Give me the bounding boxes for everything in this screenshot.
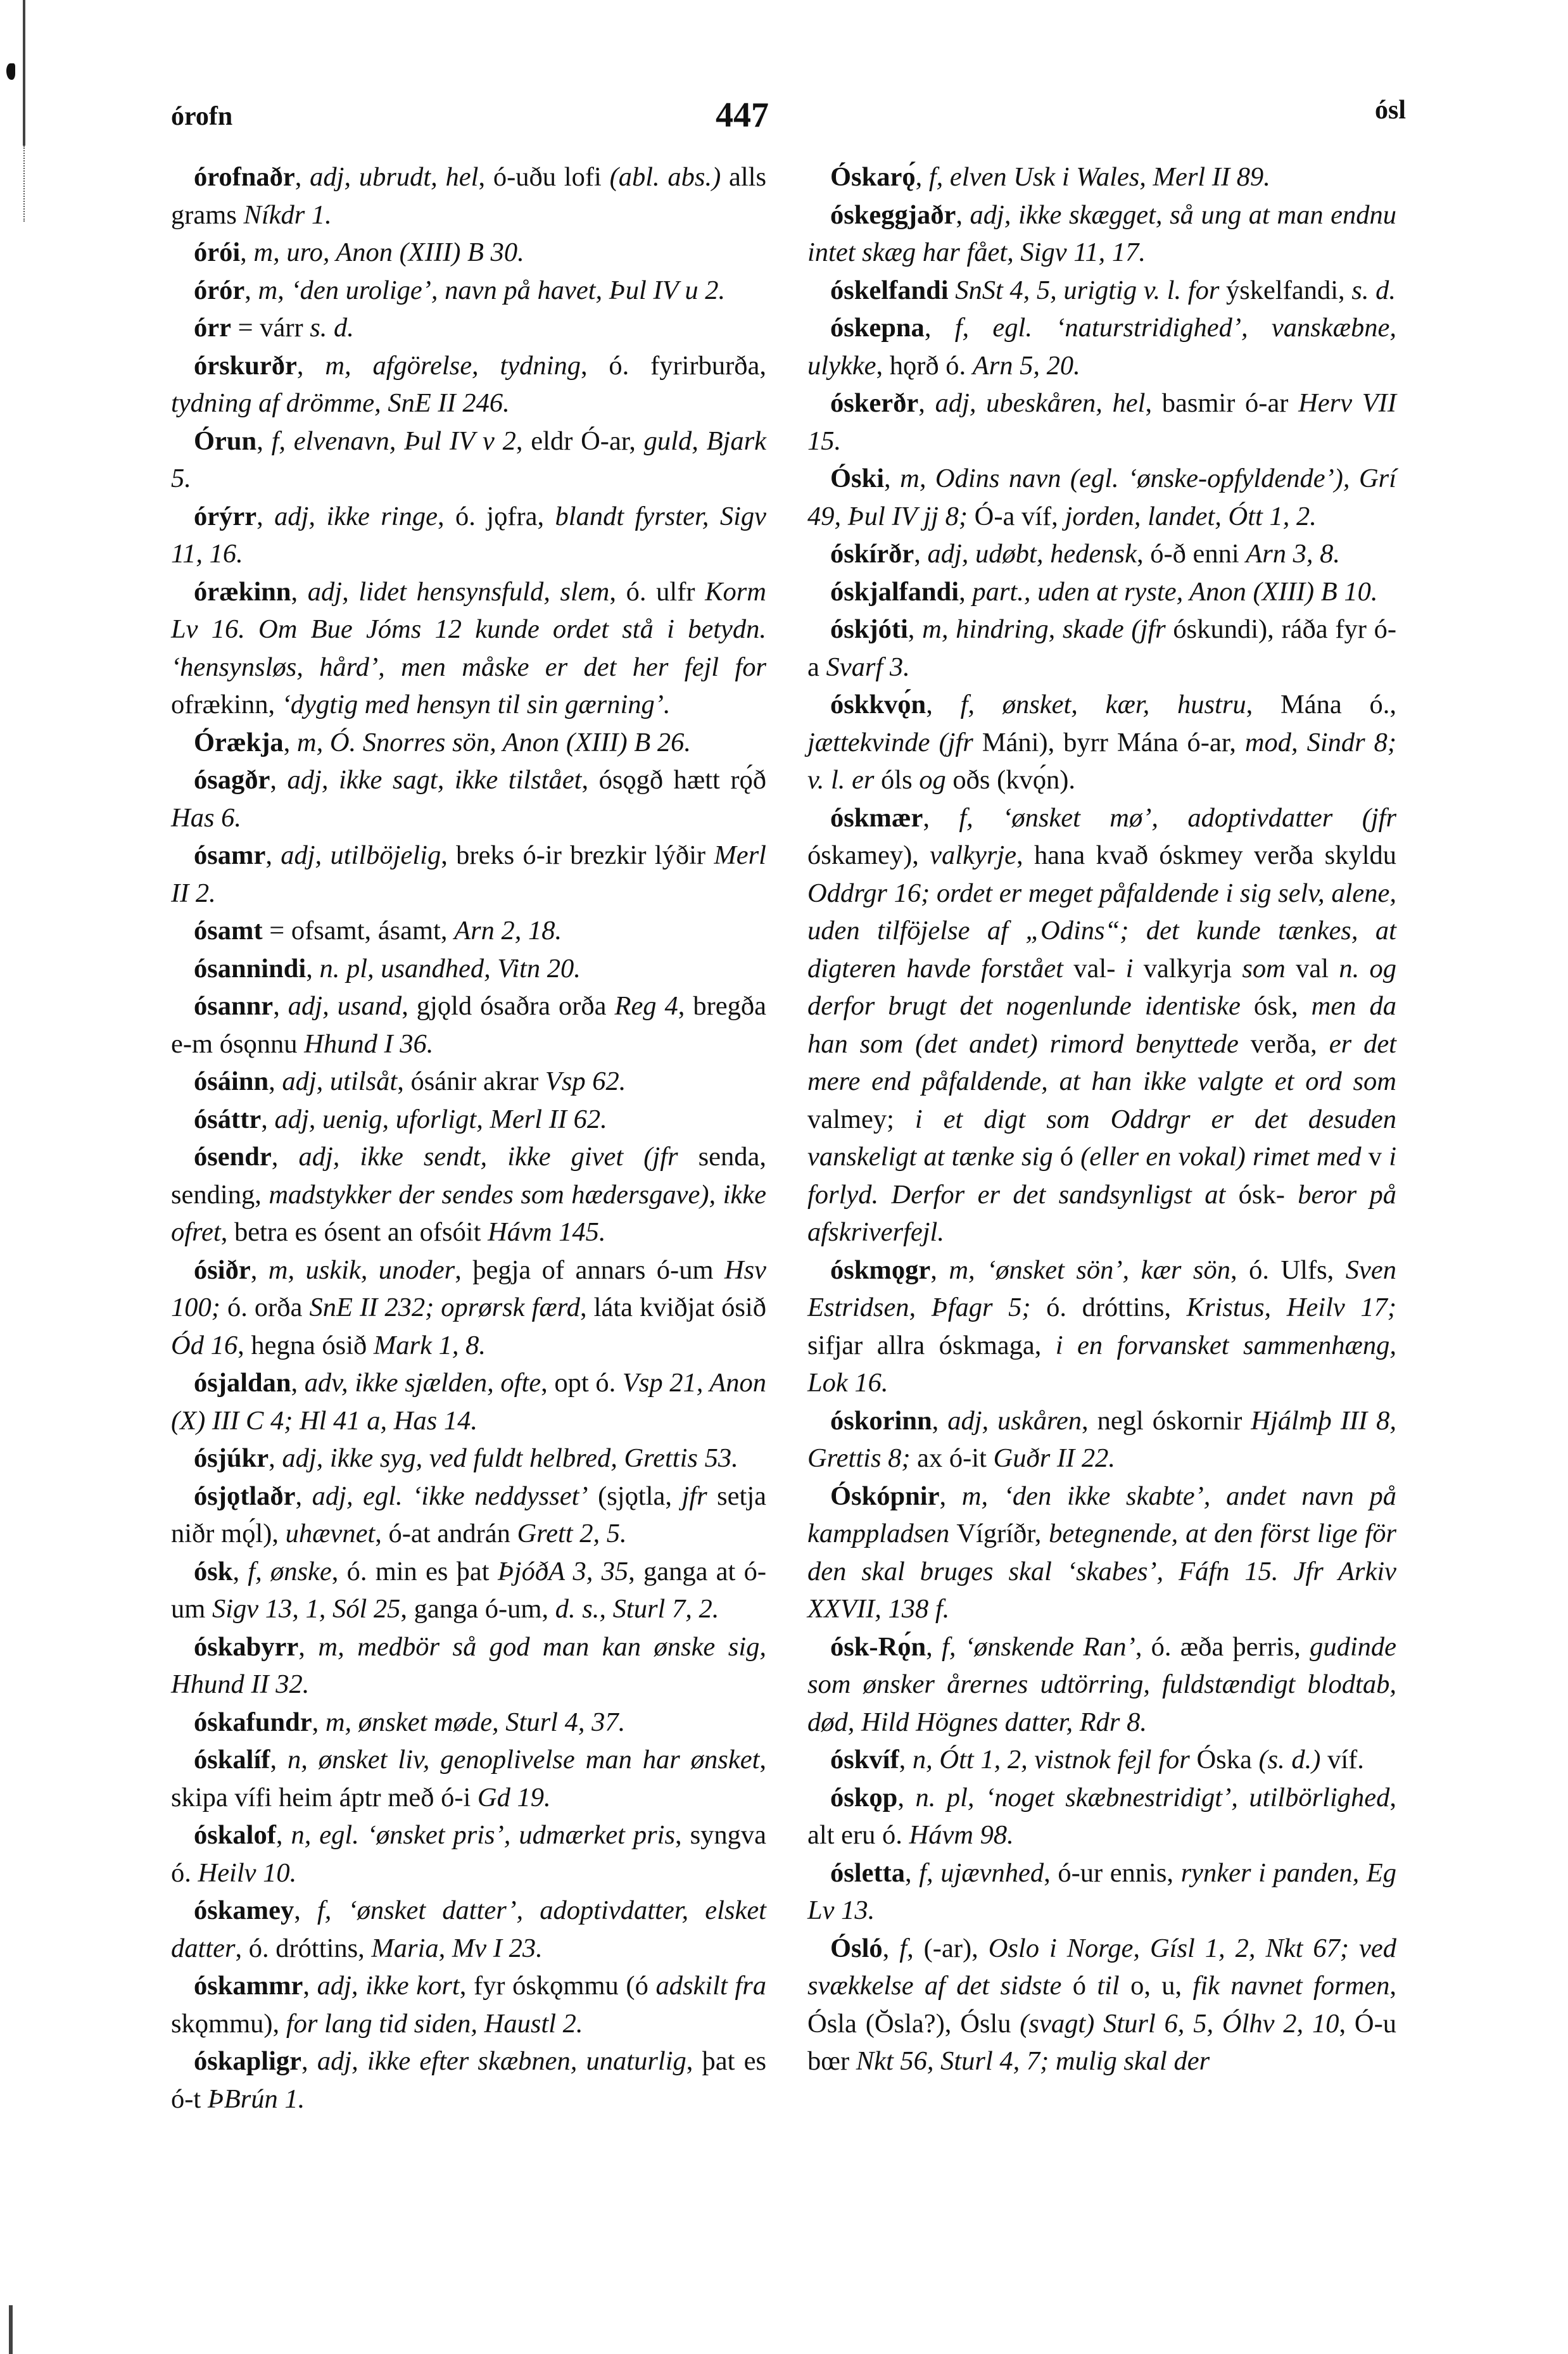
entry-citation: , Mána ó.,	[1246, 690, 1396, 719]
page-binding-edge-lower	[9, 2305, 13, 2354]
entry-gloss: Ód 16	[171, 1331, 237, 1360]
entry-citation: ,	[251, 1255, 269, 1285]
entry-headword: óskmær	[830, 803, 923, 833]
entry-gloss: Grett 2, 5.	[517, 1519, 626, 1548]
entry-citation: , láta kviðjat ósið	[580, 1293, 766, 1322]
entry-citation: ,	[256, 426, 271, 456]
entry-citation: ,	[914, 539, 927, 569]
entry-headword: órýrr	[194, 502, 256, 531]
entry-citation: ,	[918, 388, 935, 418]
entry-citation: víf.	[1320, 1745, 1363, 1775]
entry-headword: ósáttr	[194, 1104, 261, 1134]
entry-gloss: adj, udøbt, hedensk	[927, 539, 1137, 569]
entry-headword: órækinn	[194, 577, 291, 607]
entry-gloss: Vsp 62.	[545, 1066, 626, 1096]
entry-citation: ,	[295, 162, 310, 192]
entry-gloss: n, Ótt 1, 2, vistnok fejl for	[913, 1745, 1190, 1775]
entry-headword: ósendr	[194, 1142, 272, 1172]
entry-gloss: adj, egl. ‘ikke neddysset’	[312, 1481, 588, 1511]
entry-citation: ,	[261, 1104, 274, 1134]
entry-citation: ,	[932, 1406, 948, 1436]
entry-citation: , ó-at andrán	[375, 1519, 517, 1548]
entry-citation: ,	[923, 803, 959, 833]
entry-gloss: Arn 5, 20.	[973, 351, 1080, 381]
entry-headword: ósk-Rǫ́n	[830, 1632, 926, 1662]
dictionary-entry: óskalíf, n, ønsket liv, genoplivelse man…	[171, 1741, 766, 1816]
dictionary-entry: óskǫp, n. pl, ‘noget skæbnestridigt’, ut…	[807, 1779, 1396, 1854]
entry-gloss: f, elvenavn, Þul IV v 2	[272, 426, 516, 456]
entry-citation: ó	[1061, 1971, 1097, 2001]
entry-headword: óskafundr	[194, 1707, 312, 1737]
entry-citation: , ó. min es þat	[332, 1557, 498, 1586]
entry-citation: ósk,	[1241, 991, 1312, 1021]
entry-headword: óskorinn	[830, 1406, 932, 1436]
entry-citation: óskamey),	[807, 840, 930, 870]
entry-citation: , ósánir akrar	[397, 1066, 545, 1096]
dictionary-entry: ósk, f, ønske, ó. min es þat ÞjóðA 3, 35…	[171, 1553, 766, 1628]
dictionary-entry: órýrr, adj, ikke ringe, ó. jǫfra, blandt…	[171, 498, 766, 573]
entry-headword: Óskarǫ́	[830, 162, 916, 192]
dictionary-entry: ósannr, adj, usand, gjǫld ósaðra orða Re…	[171, 987, 766, 1063]
entry-gloss: s. d.	[1351, 275, 1396, 305]
entry-citation: ó	[1053, 1142, 1081, 1172]
entry-gloss: adj, utilböjelig	[281, 840, 441, 870]
entry-citation: ó. orða	[220, 1293, 310, 1322]
entry-headword: óskalíf	[194, 1745, 270, 1775]
entry-citation: o, u,	[1120, 1971, 1193, 2001]
entry-citation: , opt ó.	[541, 1368, 623, 1398]
dictionary-entry: órói, m, uro, Anon (XIII) B 30.	[171, 234, 766, 272]
entry-gloss: d. s., Sturl 7, 2.	[555, 1594, 719, 1624]
entry-gloss: Svarf 3.	[826, 652, 910, 682]
entry-citation: verða,	[1239, 1029, 1329, 1059]
entry-citation: ,	[297, 351, 325, 381]
entry-citation: val	[1286, 954, 1339, 984]
dictionary-entry: órskurðr, m, afgörelse, tydning, ó. fyri…	[171, 347, 766, 422]
entry-gloss: adj, usand	[288, 991, 401, 1021]
entry-headword: ósannr	[194, 991, 273, 1021]
entry-headword: órói	[194, 237, 240, 267]
running-head-right-catchword: ósl	[1375, 95, 1406, 125]
entry-gloss: adj, ikke efter skæbnen, unaturlig	[317, 2046, 686, 2076]
entry-headword: órór	[194, 275, 244, 305]
entry-gloss: Heilv 10.	[198, 1858, 297, 1888]
entry-gloss: n, egl. ‘ønsket pris’, udmærket pris	[291, 1820, 675, 1850]
entry-gloss: f, ‘ønsket mø’, adoptivdatter (jfr	[959, 803, 1396, 833]
entry-citation: ,	[959, 577, 972, 607]
entry-citation: ,	[905, 1858, 919, 1888]
dictionary-entry: ósjǫtlaðr, adj, egl. ‘ikke neddysset’ (s…	[171, 1478, 766, 1553]
entry-gloss: f, ønsket, kær, hustru	[961, 690, 1246, 719]
entry-gloss: (svagt) Sturl 6, 5, Ólhv 2, 10	[1020, 2009, 1339, 2039]
entry-citation: Óska	[1190, 1745, 1259, 1775]
dictionary-entry: óskmær, f, ‘ønsket mø’, adoptivdatter (j…	[807, 799, 1396, 1251]
entry-citation: = várr	[231, 313, 310, 343]
entry-citation: ósk-	[1225, 1180, 1298, 1210]
dictionary-entry: Óskarǫ́, f, elven Usk i Wales, Merl II 8…	[807, 158, 1396, 196]
entry-citation: ,	[301, 2046, 317, 2076]
entry-headword: ósjǫtlaðr	[194, 1481, 296, 1511]
dictionary-entry: ósjúkr, adj, ikke syg, ved fuldt helbred…	[171, 1440, 766, 1478]
entry-gloss: adj, ikke kort	[317, 1971, 460, 2001]
entry-citation: ,	[303, 1971, 317, 2001]
entry-headword: Óski	[830, 464, 884, 493]
entry-citation: ,	[926, 690, 960, 719]
entry-citation	[949, 275, 956, 305]
dictionary-entry: óskepna, f, egl. ‘naturstridighed’, vans…	[807, 309, 1396, 384]
right-column: Óskarǫ́, f, elven Usk i Wales, Merl II 8…	[807, 158, 1396, 2080]
entry-gloss: adj, ubeskåren, hel	[935, 388, 1146, 418]
entry-gloss: adskilt fra	[655, 1971, 766, 2001]
entry-headword: ósáinn	[194, 1066, 269, 1096]
dictionary-entry: Óskópnir, m, ‘den ikke skabte’, andet na…	[807, 1478, 1396, 1628]
entry-headword: óskapligr	[194, 2046, 301, 2076]
entry-headword: ósagðr	[194, 765, 270, 795]
entry-gloss: m, ønsket møde, Sturl 4, 37.	[326, 1707, 625, 1737]
entry-citation: , eldr Ó-ar,	[516, 426, 644, 456]
entry-headword: óskelfandi	[830, 275, 949, 305]
entry-citation: ,	[291, 577, 308, 607]
entry-citation: ,	[272, 1142, 299, 1172]
scan-blot-mark	[6, 63, 15, 80]
dictionary-entry: ósendr, adj, ikke sendt, ikke givet (jfr…	[171, 1138, 766, 1251]
entry-gloss: n. pl, usandhed, Vitn 20.	[319, 954, 580, 984]
entry-gloss: Hávm 145.	[488, 1217, 606, 1247]
entry-gloss: (eller en vokal) rimet med	[1080, 1142, 1361, 1172]
entry-gloss: Hávm 98.	[909, 1820, 1014, 1850]
entry-citation: ,	[269, 1443, 282, 1473]
dictionary-entry: Óski, m, Odins navn (egl. ‘ønske-opfylde…	[807, 460, 1396, 535]
entry-headword: ósk	[194, 1557, 232, 1586]
dictionary-entry: órór, m, ‘den urolige’, navn på havet, Þ…	[171, 272, 766, 310]
entry-gloss: m, uskik, unoder	[269, 1255, 455, 1285]
entry-gloss: adv, ikke sjælden, ofte	[305, 1368, 541, 1398]
running-head-left-catchword: órofn	[171, 101, 232, 132]
entry-gloss: m, uro, Anon (XIII) B 30.	[253, 237, 524, 267]
dictionary-entry: óskamey, f, ‘ønsket datter’, adoptivdatt…	[171, 1892, 766, 1967]
entry-headword: ósannindi	[194, 954, 306, 984]
entry-gloss: adj, utilsåt	[282, 1066, 397, 1096]
entry-citation: val-	[1063, 954, 1126, 984]
entry-citation: ,	[939, 1481, 961, 1511]
dictionary-entry: óskkvǫ́n, f, ønsket, kær, hustru, Mána ó…	[807, 686, 1396, 799]
entry-citation: ,	[232, 1557, 248, 1586]
dictionary-entry: Órun, f, elvenavn, Þul IV v 2, eldr Ó-ar…	[171, 422, 766, 498]
entry-citation: ,	[270, 1745, 288, 1775]
entry-citation: , negl óskornir	[1082, 1406, 1251, 1436]
entry-headword: óskírðr	[830, 539, 914, 569]
entry-citation: , hana kvað óskmey verða skyldu	[1016, 840, 1396, 870]
entry-citation: ,	[883, 1933, 900, 1963]
entry-gloss: Has 6.	[171, 803, 241, 833]
dictionary-entry: ósamt = ofsamt, ásamt, Arn 2, 18.	[171, 912, 766, 950]
entry-citation: = ofsamt, ásamt,	[263, 916, 455, 946]
entry-citation: , ó. ulfr	[609, 577, 705, 607]
entry-headword: ósiðr	[194, 1255, 251, 1285]
entry-citation: , ó-ð enni	[1137, 539, 1246, 569]
dictionary-entry: órækinn, adj, lidet hensynsfuld, slem, ó…	[171, 573, 766, 724]
entry-citation: , basmir ó-ar	[1145, 388, 1298, 418]
entry-gloss: jfr	[681, 1481, 707, 1511]
entry-citation: ,	[276, 1820, 291, 1850]
entry-gloss: part., uden at ryste, Anon (XIII) B 10.	[972, 577, 1377, 607]
entry-citation: ,	[298, 1632, 318, 1662]
entry-gloss: Nkt 56, Sturl 4, 7; mulig skal der	[856, 2046, 1210, 2076]
entry-citation: ,	[265, 840, 281, 870]
dictionary-entry: Órækja, m, Ó. Snorres sön, Anon (XIII) B…	[171, 724, 766, 762]
entry-citation: , ó. æða þerris,	[1135, 1632, 1310, 1662]
entry-citation: ,	[956, 200, 970, 230]
entry-gloss: tydning af drömme, SnE II 246.	[171, 388, 510, 418]
entry-headword: ósletta	[830, 1858, 905, 1888]
page-number: 447	[716, 95, 769, 136]
entry-headword: ósamr	[194, 840, 265, 870]
entry-gloss: adj, uenig, uforligt, Merl II 62.	[274, 1104, 607, 1134]
entry-gloss: adj, lidet hensynsfuld, slem	[308, 577, 610, 607]
entry-headword: óskmǫgr	[830, 1255, 930, 1285]
dictionary-entry: órr = várr s. d.	[171, 309, 766, 347]
entry-citation: ,	[908, 614, 922, 644]
dictionary-entry: ósletta, f, ujævnhed, ó-ur ennis, rynker…	[807, 1854, 1396, 1930]
entry-gloss: m, Ó. Snorres sön, Anon (XIII) B 26.	[297, 728, 691, 757]
entry-citation: sifjar allra óskmaga,	[807, 1331, 1056, 1360]
entry-gloss: f, ujævnhed	[919, 1858, 1044, 1888]
entry-citation: , ganga ó-um,	[400, 1594, 555, 1624]
dictionary-entry: óskvíf, n, Ótt 1, 2, vistnok fejl for Ós…	[807, 1741, 1396, 1779]
page-binding-dots	[23, 146, 26, 222]
entry-headword: Órækja	[194, 728, 284, 757]
entry-citation: , hǫrð ó.	[876, 351, 973, 381]
left-column: órofnaðr, adj, ubrudt, hel, ó-uðu lofi (…	[171, 158, 766, 2118]
entry-gloss: i	[1126, 954, 1134, 984]
entry-citation: ,	[296, 1481, 312, 1511]
entry-gloss: n, ønsket liv, genoplivelse man har ønsk…	[288, 1745, 759, 1775]
entry-citation: ,	[291, 1368, 305, 1398]
entry-gloss: uhævnet	[286, 1519, 376, 1548]
dictionary-entry: óskabyrr, m, medbör så god man kan ønske…	[171, 1628, 766, 1704]
dictionary-entry: óskerðr, adj, ubeskåren, hel, basmir ó-a…	[807, 384, 1396, 460]
entry-citation: ,	[926, 1632, 942, 1662]
entry-citation: ó. dróttins,	[1031, 1293, 1187, 1322]
dictionary-entry: óskjalfandi, part., uden at ryste, Anon …	[807, 573, 1396, 611]
entry-citation: v	[1362, 1142, 1389, 1172]
entry-gloss: ÞjóðA 3, 35	[498, 1557, 628, 1586]
entry-headword: órskurðr	[194, 351, 297, 381]
entry-citation: oðs (kvǫ́n).	[946, 765, 1075, 795]
dictionary-entry: órofnaðr, adj, ubrudt, hel, ó-uðu lofi (…	[171, 158, 766, 234]
entry-headword: Ósló	[830, 1933, 883, 1963]
entry-gloss: f, ønske	[248, 1557, 331, 1586]
entry-citation: , betra es ósent an ofsóit	[221, 1217, 488, 1247]
entry-citation: ,	[273, 991, 288, 1021]
entry-headword: óskkvǫ́n	[830, 690, 926, 719]
entry-gloss: Arn 2, 18.	[454, 916, 562, 946]
entry-gloss: Reg 4	[614, 991, 678, 1021]
entry-citation: , breks ó-ir brezkir lýðir	[441, 840, 714, 870]
dictionary-entry: óskafundr, m, ønsket møde, Sturl 4, 37.	[171, 1704, 766, 1742]
entry-citation: , hegna ósið	[237, 1331, 374, 1360]
entry-gloss: adj, ikke syg, ved fuldt helbred, Gretti…	[282, 1443, 738, 1473]
entry-citation: ,	[897, 1783, 915, 1813]
entry-citation: ,	[270, 765, 287, 795]
entry-gloss: s. d.	[310, 313, 354, 343]
entry-citation: , þegja of annars ó-um	[455, 1255, 724, 1285]
entry-citation: ,	[899, 1745, 913, 1775]
entry-citation: , fyr óskǫmmu (ó	[460, 1971, 656, 2001]
page-binding-edge	[23, 0, 25, 146]
entry-citation: ax ó-it	[911, 1443, 994, 1473]
entry-citation: ,	[294, 1895, 317, 1925]
entry-citation: ,	[925, 313, 955, 343]
entry-citation: ,	[930, 1255, 949, 1285]
dictionary-entry: Ósló, f, (-ar), Oslo i Norge, Gísl 1, 2,…	[807, 1930, 1396, 2080]
entry-gloss: SnE II 232; oprørsk færd	[309, 1293, 580, 1322]
entry-gloss: som	[1242, 954, 1285, 984]
entry-gloss: f, elven Usk i Wales, Merl II 89.	[929, 162, 1270, 192]
dictionary-entry: óskorinn, adj, uskåren, negl óskornir Hj…	[807, 1402, 1396, 1478]
dictionary-entry: óskeggjaðr, adj, ikke skægget, så ung at…	[807, 196, 1396, 272]
entry-gloss: Maria, Mv I 23.	[371, 1933, 542, 1963]
entry-headword: óskalof	[194, 1820, 276, 1850]
entry-gloss: og	[919, 765, 946, 795]
dictionary-entry: ósk-Rǫ́n, f, ‘ønskende Ran’, ó. æða þerr…	[807, 1628, 1396, 1742]
entry-gloss: adj, uskåren	[947, 1406, 1082, 1436]
entry-gloss: fik navnet formen	[1193, 1971, 1390, 2001]
entry-citation: Máni), byrr Mána ó-ar,	[973, 728, 1245, 757]
entry-gloss: Níkdr 1.	[244, 200, 332, 230]
entry-headword: ósamt	[194, 916, 263, 946]
entry-headword: óskepna	[830, 313, 925, 343]
dictionary-entry: óskírðr, adj, udøbt, hedensk, ó-ð enni A…	[807, 535, 1396, 573]
entry-citation: ,	[884, 464, 900, 493]
entry-citation: ,	[240, 237, 253, 267]
entry-headword: óskerðr	[830, 388, 918, 418]
entry-headword: óskabyrr	[194, 1632, 298, 1662]
entry-gloss: ‘dygtig med hensyn til sin gærning’.	[282, 690, 671, 719]
entry-gloss: SnSt 4, 5, urigtig v. l. for	[955, 275, 1219, 305]
entry-headword: óskammr	[194, 1971, 303, 2001]
dictionary-entry: óskjóti, m, hindring, skade (jfr óskundi…	[807, 611, 1396, 686]
entry-gloss: for lang tid siden, Haustl 2.	[286, 2009, 583, 2039]
dictionary-entry: óskmǫgr, m, ‘ønsket sön’, kær sön, ó. Ul…	[807, 1251, 1396, 1402]
dictionary-entry: ósannindi, n. pl, usandhed, Vitn 20.	[171, 950, 766, 988]
entry-gloss: til	[1097, 1971, 1119, 2001]
entry-gloss: f	[899, 1933, 907, 1963]
entry-headword: Óskópnir	[830, 1481, 939, 1511]
entry-gloss: adj, ubrudt, hel	[310, 162, 478, 192]
entry-citation: ofrækinn,	[171, 690, 282, 719]
entry-headword: ósjaldan	[194, 1368, 291, 1398]
entry-citation: ýskelfandi,	[1219, 275, 1351, 305]
entry-headword: órofnaðr	[194, 162, 295, 192]
entry-gloss: jættekvinde (jfr	[807, 728, 973, 757]
entry-citation: , ó-ur ennis,	[1044, 1858, 1180, 1888]
entry-headword: óskeggjaðr	[830, 200, 956, 230]
entry-citation: , ó. Ulfs,	[1230, 1255, 1346, 1285]
entry-headword: órr	[194, 313, 231, 343]
entry-gloss: Guðr II 22.	[994, 1443, 1115, 1473]
entry-gloss: Mark 1, 8.	[374, 1331, 486, 1360]
entry-gloss: (abl. abs.)	[610, 162, 721, 192]
dictionary-entry: ósjaldan, adv, ikke sjælden, ofte, opt ó…	[171, 1364, 766, 1440]
dictionary-entry: ósagðr, adj, ikke sagt, ikke tilstået, ó…	[171, 761, 766, 837]
entry-citation: , ó. dróttins,	[236, 1933, 372, 1963]
entry-headword: óskjóti	[830, 614, 908, 644]
dictionary-entry: ósáinn, adj, utilsåt, ósánir akrar Vsp 6…	[171, 1063, 766, 1101]
entry-citation: , ósǫgð hætt rǫ́ð	[581, 765, 766, 795]
dictionary-entry: ósamr, adj, utilböjelig, breks ó-ir brez…	[171, 837, 766, 912]
entry-gloss: (s. d.)	[1258, 1745, 1320, 1775]
entry-gloss: n. pl, ‘noget skæbnestridigt’, utilbörli…	[915, 1783, 1389, 1813]
running-head: órofn 447 ósl	[171, 95, 1406, 146]
entry-citation: ,	[244, 275, 258, 305]
entry-gloss: adj, ikke ringe	[274, 502, 438, 531]
entry-citation: , (-ar),	[907, 1933, 989, 1963]
entry-citation: ,	[284, 728, 297, 757]
entry-gloss: jorden, landet, Ótt 1, 2.	[1065, 502, 1316, 531]
entry-citation: , ó. jǫfra,	[438, 502, 555, 531]
dictionary-entry: ósiðr, m, uskik, unoder, þegja of annars…	[171, 1251, 766, 1365]
entry-gloss: adj, ikke sendt, ikke givet (jfr	[298, 1142, 678, 1172]
entry-citation: Vígríðr,	[949, 1519, 1049, 1548]
entry-citation: , ó. fyrirburða,	[581, 351, 766, 381]
entry-citation: ,	[916, 162, 929, 192]
entry-citation: ,	[306, 954, 319, 984]
entry-gloss: valkyrje	[930, 840, 1016, 870]
entry-gloss: Kristus, Heilv 17;	[1187, 1293, 1396, 1322]
entry-citation: valmey;	[807, 1104, 915, 1134]
entry-citation: Ó-a víf,	[968, 502, 1065, 531]
dictionary-entry: óskelfandi SnSt 4, 5, urigtig v. l. for …	[807, 272, 1396, 310]
entry-gloss: m, hindring, skade (jfr	[922, 614, 1166, 644]
entry-headword: Órun	[194, 426, 256, 456]
entry-citation: skǫmmu),	[171, 2009, 286, 2039]
entry-gloss: adj, ikke sagt, ikke tilstået	[288, 765, 582, 795]
entry-citation: , gjǫld ósaðra orða	[401, 991, 614, 1021]
dictionary-entry: óskalof, n, egl. ‘ønsket pris’, udmærket…	[171, 1816, 766, 1892]
entry-citation: , ó-uðu lofi	[478, 162, 609, 192]
entry-citation: óls	[874, 765, 919, 795]
entry-gloss: m, ‘ønsket sön’, kær sön	[949, 1255, 1230, 1285]
entry-gloss: m, ‘den urolige’, navn på havet, Þul IV …	[258, 275, 725, 305]
entry-gloss: ÞBrún 1.	[208, 2084, 305, 2114]
entry-headword: óskǫp	[830, 1783, 897, 1813]
entry-headword: óskamey	[194, 1895, 294, 1925]
dictionary-entry: óskapligr, adj, ikke efter skæbnen, unat…	[171, 2042, 766, 2118]
entry-citation: valkyrja	[1133, 954, 1242, 984]
entry-gloss: Gd 19.	[477, 1783, 551, 1813]
entry-gloss: Sigv 13, 1, Sól 25	[212, 1594, 400, 1624]
entry-headword: ósjúkr	[194, 1443, 269, 1473]
dictionary-entry: óskammr, adj, ikke kort, fyr óskǫmmu (ó …	[171, 1967, 766, 2042]
entry-gloss: Arn 3, 8.	[1246, 539, 1340, 569]
entry-citation: ,	[256, 502, 274, 531]
entry-gloss: f, ‘ønskende Ran’	[942, 1632, 1135, 1662]
entry-headword: óskvíf	[830, 1745, 899, 1775]
dictionary-entry: ósáttr, adj, uenig, uforligt, Merl II 62…	[171, 1101, 766, 1139]
entry-gloss: Hhund I 36.	[304, 1029, 433, 1059]
entry-headword: óskjalfandi	[830, 577, 959, 607]
entry-citation: ,	[269, 1066, 282, 1096]
entry-gloss: m, afgörelse, tydning	[325, 351, 581, 381]
entry-citation: ,	[312, 1707, 326, 1737]
entry-citation: (sjǫtla,	[588, 1481, 682, 1511]
